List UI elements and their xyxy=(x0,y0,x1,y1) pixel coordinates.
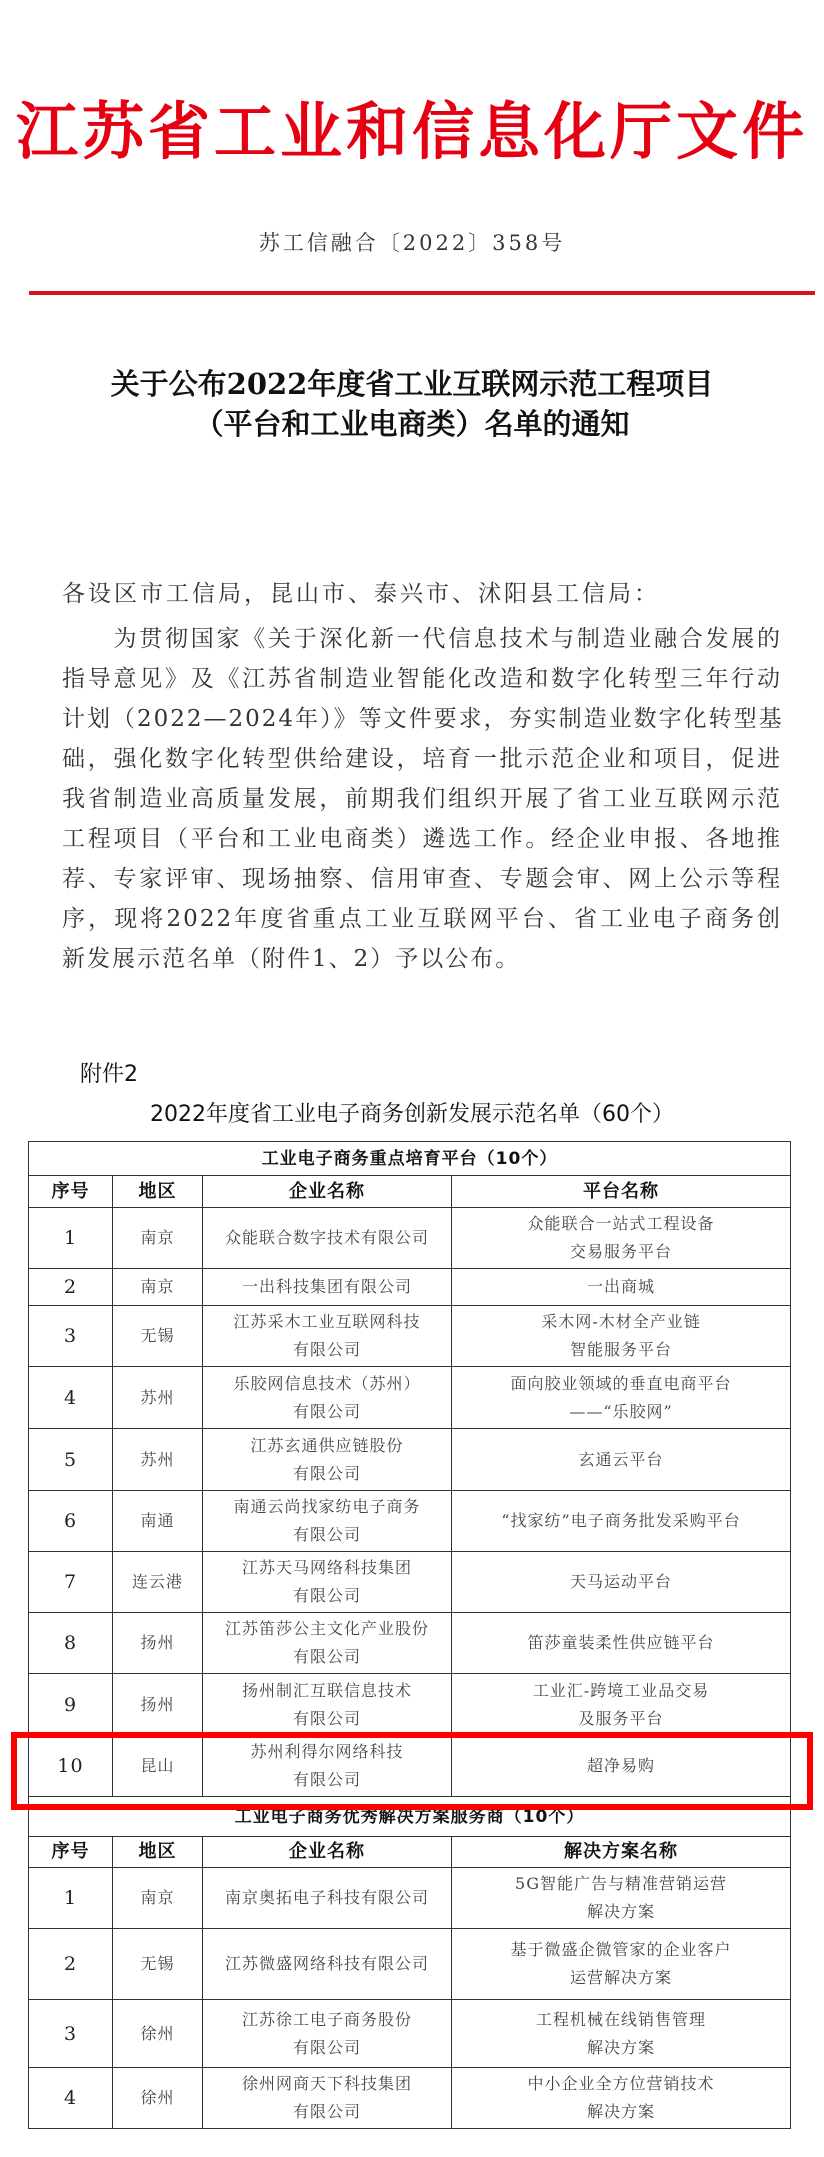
cell-region: 无锡 xyxy=(113,1306,203,1367)
cell-item-line: 天马运动平台 xyxy=(452,1568,790,1596)
cell-region: 苏州 xyxy=(113,1367,203,1429)
cell-item-line: 面向胶业领域的垂直电商平台 xyxy=(452,1370,790,1398)
body-line: 础，强化数字化转型供给建设，培育一批示范企业和项目，促进 xyxy=(62,739,782,779)
cell-item: 基于微盛企微管家的企业客户运营解决方案 xyxy=(452,1929,791,2000)
cell-item: 工程机械在线销售管理解决方案 xyxy=(452,2000,791,2068)
addressee: 各设区市工信局，昆山市、泰兴市、沭阳县工信局： xyxy=(62,578,660,610)
cell-no: 4 xyxy=(29,2068,113,2129)
table-row: 2无锡江苏微盛网络科技有限公司基于微盛企微管家的企业客户运营解决方案 xyxy=(29,1929,791,2000)
cell-company-line: 有限公司 xyxy=(203,2034,451,2062)
cell-company-line: 江苏微盛网络科技有限公司 xyxy=(203,1950,451,1978)
cell-company-line: 江苏徐工电子商务股份 xyxy=(203,2006,451,2034)
cell-item-line: ——“乐胶网” xyxy=(452,1398,790,1426)
cell-company: 扬州制汇互联信息技术有限公司 xyxy=(203,1674,452,1736)
cell-region: 连云港 xyxy=(113,1552,203,1613)
cell-item-line: 采木网-木材全产业链 xyxy=(452,1308,790,1336)
body-line: 工程项目（平台和工业电商类）遴选工作。经企业申报、各地推 xyxy=(62,819,782,859)
cell-region: 徐州 xyxy=(113,2068,203,2129)
table-row: 6南通南通云尚找家纺电子商务有限公司“找家纺”电子商务批发采购平台 xyxy=(29,1491,791,1552)
table-row: 5苏州江苏玄通供应链股份有限公司玄通云平台 xyxy=(29,1429,791,1491)
cell-company: 江苏笛莎公主文化产业股份有限公司 xyxy=(203,1613,452,1674)
cell-company-line: 南京奥拓电子科技有限公司 xyxy=(203,1884,451,1912)
table-row: 3无锡江苏采木工业互联网科技有限公司采木网-木材全产业链智能服务平台 xyxy=(29,1306,791,1367)
cell-item: 面向胶业领域的垂直电商平台——“乐胶网” xyxy=(452,1367,791,1429)
cell-region: 南通 xyxy=(113,1491,203,1552)
table-row: 7连云港江苏天马网络科技集团有限公司天马运动平台 xyxy=(29,1552,791,1613)
notice-title-line-2: （平台和工业电商类）名单的通知 xyxy=(0,404,824,444)
cell-company-line: 有限公司 xyxy=(203,1643,451,1671)
cell-company: 众能联合数字技术有限公司 xyxy=(203,1208,452,1269)
cell-company-line: 江苏天马网络科技集团 xyxy=(203,1554,451,1582)
cell-company-line: 有限公司 xyxy=(203,1336,451,1364)
body-line: 我省制造业高质量发展，前期我们组织开展了省工业互联网示范 xyxy=(62,779,782,819)
attachment-label: 附件2 xyxy=(80,1058,138,1092)
notice-title: 关于公布2022年度省工业互联网示范工程项目 （平台和工业电商类）名单的通知 xyxy=(0,364,824,444)
highlight-box xyxy=(11,1732,813,1810)
cell-item-line: 交易服务平台 xyxy=(452,1238,790,1266)
body-line: 序，现将2022年度省重点工业互联网平台、省工业电子商务创 xyxy=(62,899,782,939)
cell-company-line: 众能联合数字技术有限公司 xyxy=(203,1224,451,1252)
cell-item-line: 解决方案 xyxy=(452,1898,790,1926)
cell-item: 笛莎童装柔性供应链平台 xyxy=(452,1613,791,1674)
cell-item-line: 解决方案 xyxy=(452,2034,790,2062)
body-line: 荐、专家评审、现场抽察、信用审查、专题会审、网上公示等程 xyxy=(62,859,782,899)
cell-company-line: 徐州网商天下科技集团 xyxy=(203,2070,451,2098)
cell-company: 南京奥拓电子科技有限公司 xyxy=(203,1868,452,1929)
table-row: 8扬州江苏笛莎公主文化产业股份有限公司笛莎童装柔性供应链平台 xyxy=(29,1613,791,1674)
cell-company: 江苏玄通供应链股份有限公司 xyxy=(203,1429,452,1491)
cell-company: 江苏微盛网络科技有限公司 xyxy=(203,1929,452,2000)
table-row: 1南京南京奥拓电子科技有限公司5G智能广告与精准营销运营解决方案 xyxy=(29,1868,791,1929)
notice-title-line-1: 关于公布2022年度省工业互联网示范工程项目 xyxy=(0,364,824,404)
cell-company: 江苏采木工业互联网科技有限公司 xyxy=(203,1306,452,1367)
cell-no: 2 xyxy=(29,1929,113,2000)
cell-no: 1 xyxy=(29,1868,113,1929)
cell-company-line: 扬州制汇互联信息技术 xyxy=(203,1677,451,1705)
column-header-company: 企业名称 xyxy=(203,1176,452,1208)
column-header-platform: 平台名称 xyxy=(452,1176,791,1208)
cell-company-line: 有限公司 xyxy=(203,1521,451,1549)
cell-region: 南京 xyxy=(113,1208,203,1269)
cell-item-line: 5G智能广告与精准营销运营 xyxy=(452,1870,790,1898)
table-row: 3徐州江苏徐工电子商务股份有限公司工程机械在线销售管理解决方案 xyxy=(29,2000,791,2068)
cell-no: 9 xyxy=(29,1674,113,1736)
cell-item-line: 基于微盛企微管家的企业客户 xyxy=(452,1936,790,1964)
cell-company: 江苏天马网络科技集团有限公司 xyxy=(203,1552,452,1613)
cell-no: 5 xyxy=(29,1429,113,1491)
body-line: 新发展示范名单（附件1、2）予以公布。 xyxy=(62,939,782,979)
cell-item-line: 工程机械在线销售管理 xyxy=(452,2006,790,2034)
body-line: 计划（2022—2024年）》等文件要求，夯实制造业数字化转型基 xyxy=(62,699,782,739)
cell-region: 扬州 xyxy=(113,1674,203,1736)
column-header-company: 企业名称 xyxy=(203,1837,452,1868)
body-line: 指导意见》及《江苏省制造业智能化改造和数字化转型三年行动 xyxy=(62,659,782,699)
cell-company: 乐胶网信息技术（苏州）有限公司 xyxy=(203,1367,452,1429)
cell-item-line: 解决方案 xyxy=(452,2098,790,2126)
cell-region: 南京 xyxy=(113,1868,203,1929)
cell-company-line: 乐胶网信息技术（苏州） xyxy=(203,1370,451,1398)
cell-no: 7 xyxy=(29,1552,113,1613)
cell-company-line: 有限公司 xyxy=(203,2098,451,2126)
cell-no: 2 xyxy=(29,1269,113,1306)
cell-no: 6 xyxy=(29,1491,113,1552)
issuer-title: 江苏省工业和信息化厅文件 xyxy=(0,92,824,172)
cell-company: 徐州网商天下科技集团有限公司 xyxy=(203,2068,452,2129)
column-header-no: 序号 xyxy=(29,1176,113,1208)
cell-item-line: 工业汇-跨境工业品交易 xyxy=(452,1677,790,1705)
cell-item: 采木网-木材全产业链智能服务平台 xyxy=(452,1306,791,1367)
notice-body: 为贯彻国家《关于深化新一代信息技术与制造业融合发展的 指导意见》及《江苏省制造业… xyxy=(62,619,782,979)
cell-item: 5G智能广告与精准营销运营解决方案 xyxy=(452,1868,791,1929)
cell-item-line: 智能服务平台 xyxy=(452,1336,790,1364)
cell-company-line: 江苏笛莎公主文化产业股份 xyxy=(203,1615,451,1643)
cell-region: 南京 xyxy=(113,1269,203,1306)
table-row: 1南京众能联合数字技术有限公司众能联合一站式工程设备交易服务平台 xyxy=(29,1208,791,1269)
cell-company: 江苏徐工电子商务股份有限公司 xyxy=(203,2000,452,2068)
cell-region: 无锡 xyxy=(113,1929,203,2000)
cell-item-line: “找家纺”电子商务批发采购平台 xyxy=(452,1507,790,1535)
cell-no: 1 xyxy=(29,1208,113,1269)
cell-company: 南通云尚找家纺电子商务有限公司 xyxy=(203,1491,452,1552)
cell-company: 一出科技集团有限公司 xyxy=(203,1269,452,1306)
table-row: 4徐州徐州网商天下科技集团有限公司中小企业全方位营销技术解决方案 xyxy=(29,2068,791,2129)
column-header-no: 序号 xyxy=(29,1837,113,1868)
cell-company-line: 有限公司 xyxy=(203,1460,451,1488)
cell-item: 天马运动平台 xyxy=(452,1552,791,1613)
cell-no: 4 xyxy=(29,1367,113,1429)
cell-company-line: 有限公司 xyxy=(203,1705,451,1733)
cell-company-line: 江苏玄通供应链股份 xyxy=(203,1432,451,1460)
cell-company-line: 南通云尚找家纺电子商务 xyxy=(203,1493,451,1521)
cell-item: 一出商城 xyxy=(452,1269,791,1306)
cell-item-line: 及服务平台 xyxy=(452,1705,790,1733)
cell-item: “找家纺”电子商务批发采购平台 xyxy=(452,1491,791,1552)
cell-region: 苏州 xyxy=(113,1429,203,1491)
table-row: 2南京一出科技集团有限公司一出商城 xyxy=(29,1269,791,1306)
cell-company-line: 江苏采木工业互联网科技 xyxy=(203,1308,451,1336)
table-row: 9扬州扬州制汇互联信息技术有限公司工业汇-跨境工业品交易及服务平台 xyxy=(29,1674,791,1736)
cell-region: 扬州 xyxy=(113,1613,203,1674)
document-number: 苏工信融合〔2022〕358号 xyxy=(0,228,824,258)
column-header-region: 地区 xyxy=(113,1176,203,1208)
red-divider xyxy=(29,291,815,295)
cell-company-line: 有限公司 xyxy=(203,1582,451,1610)
list-title: 2022年度省工业电子商务创新发展示范名单（60个） xyxy=(0,1098,824,1132)
table-row: 4苏州乐胶网信息技术（苏州）有限公司面向胶业领域的垂直电商平台——“乐胶网” xyxy=(29,1367,791,1429)
section-title: 工业电子商务重点培育平台（10个） xyxy=(29,1142,791,1176)
cell-item-line: 中小企业全方位营销技术 xyxy=(452,2070,790,2098)
cell-region: 徐州 xyxy=(113,2000,203,2068)
column-header-region: 地区 xyxy=(113,1837,203,1868)
cell-item-line: 一出商城 xyxy=(452,1273,790,1301)
cell-company-line: 有限公司 xyxy=(203,1398,451,1426)
cell-item-line: 众能联合一站式工程设备 xyxy=(452,1210,790,1238)
body-line: 为贯彻国家《关于深化新一代信息技术与制造业融合发展的 xyxy=(62,619,782,659)
table-key-platforms: 工业电子商务重点培育平台（10个） 序号 地区 企业名称 平台名称 1南京众能联… xyxy=(28,1141,791,1797)
cell-item: 工业汇-跨境工业品交易及服务平台 xyxy=(452,1674,791,1736)
cell-no: 8 xyxy=(29,1613,113,1674)
cell-no: 3 xyxy=(29,1306,113,1367)
cell-item: 众能联合一站式工程设备交易服务平台 xyxy=(452,1208,791,1269)
cell-item-line: 玄通云平台 xyxy=(452,1446,790,1474)
cell-item-line: 运营解决方案 xyxy=(452,1964,790,1992)
table-solution-providers: 工业电子商务优秀解决方案服务商（10个） 序号 地区 企业名称 解决方案名称 1… xyxy=(28,1796,791,2129)
cell-no: 3 xyxy=(29,2000,113,2068)
cell-item: 玄通云平台 xyxy=(452,1429,791,1491)
cell-item: 中小企业全方位营销技术解决方案 xyxy=(452,2068,791,2129)
cell-company-line: 一出科技集团有限公司 xyxy=(203,1273,451,1301)
column-header-solution: 解决方案名称 xyxy=(452,1837,791,1868)
cell-item-line: 笛莎童装柔性供应链平台 xyxy=(452,1629,790,1657)
